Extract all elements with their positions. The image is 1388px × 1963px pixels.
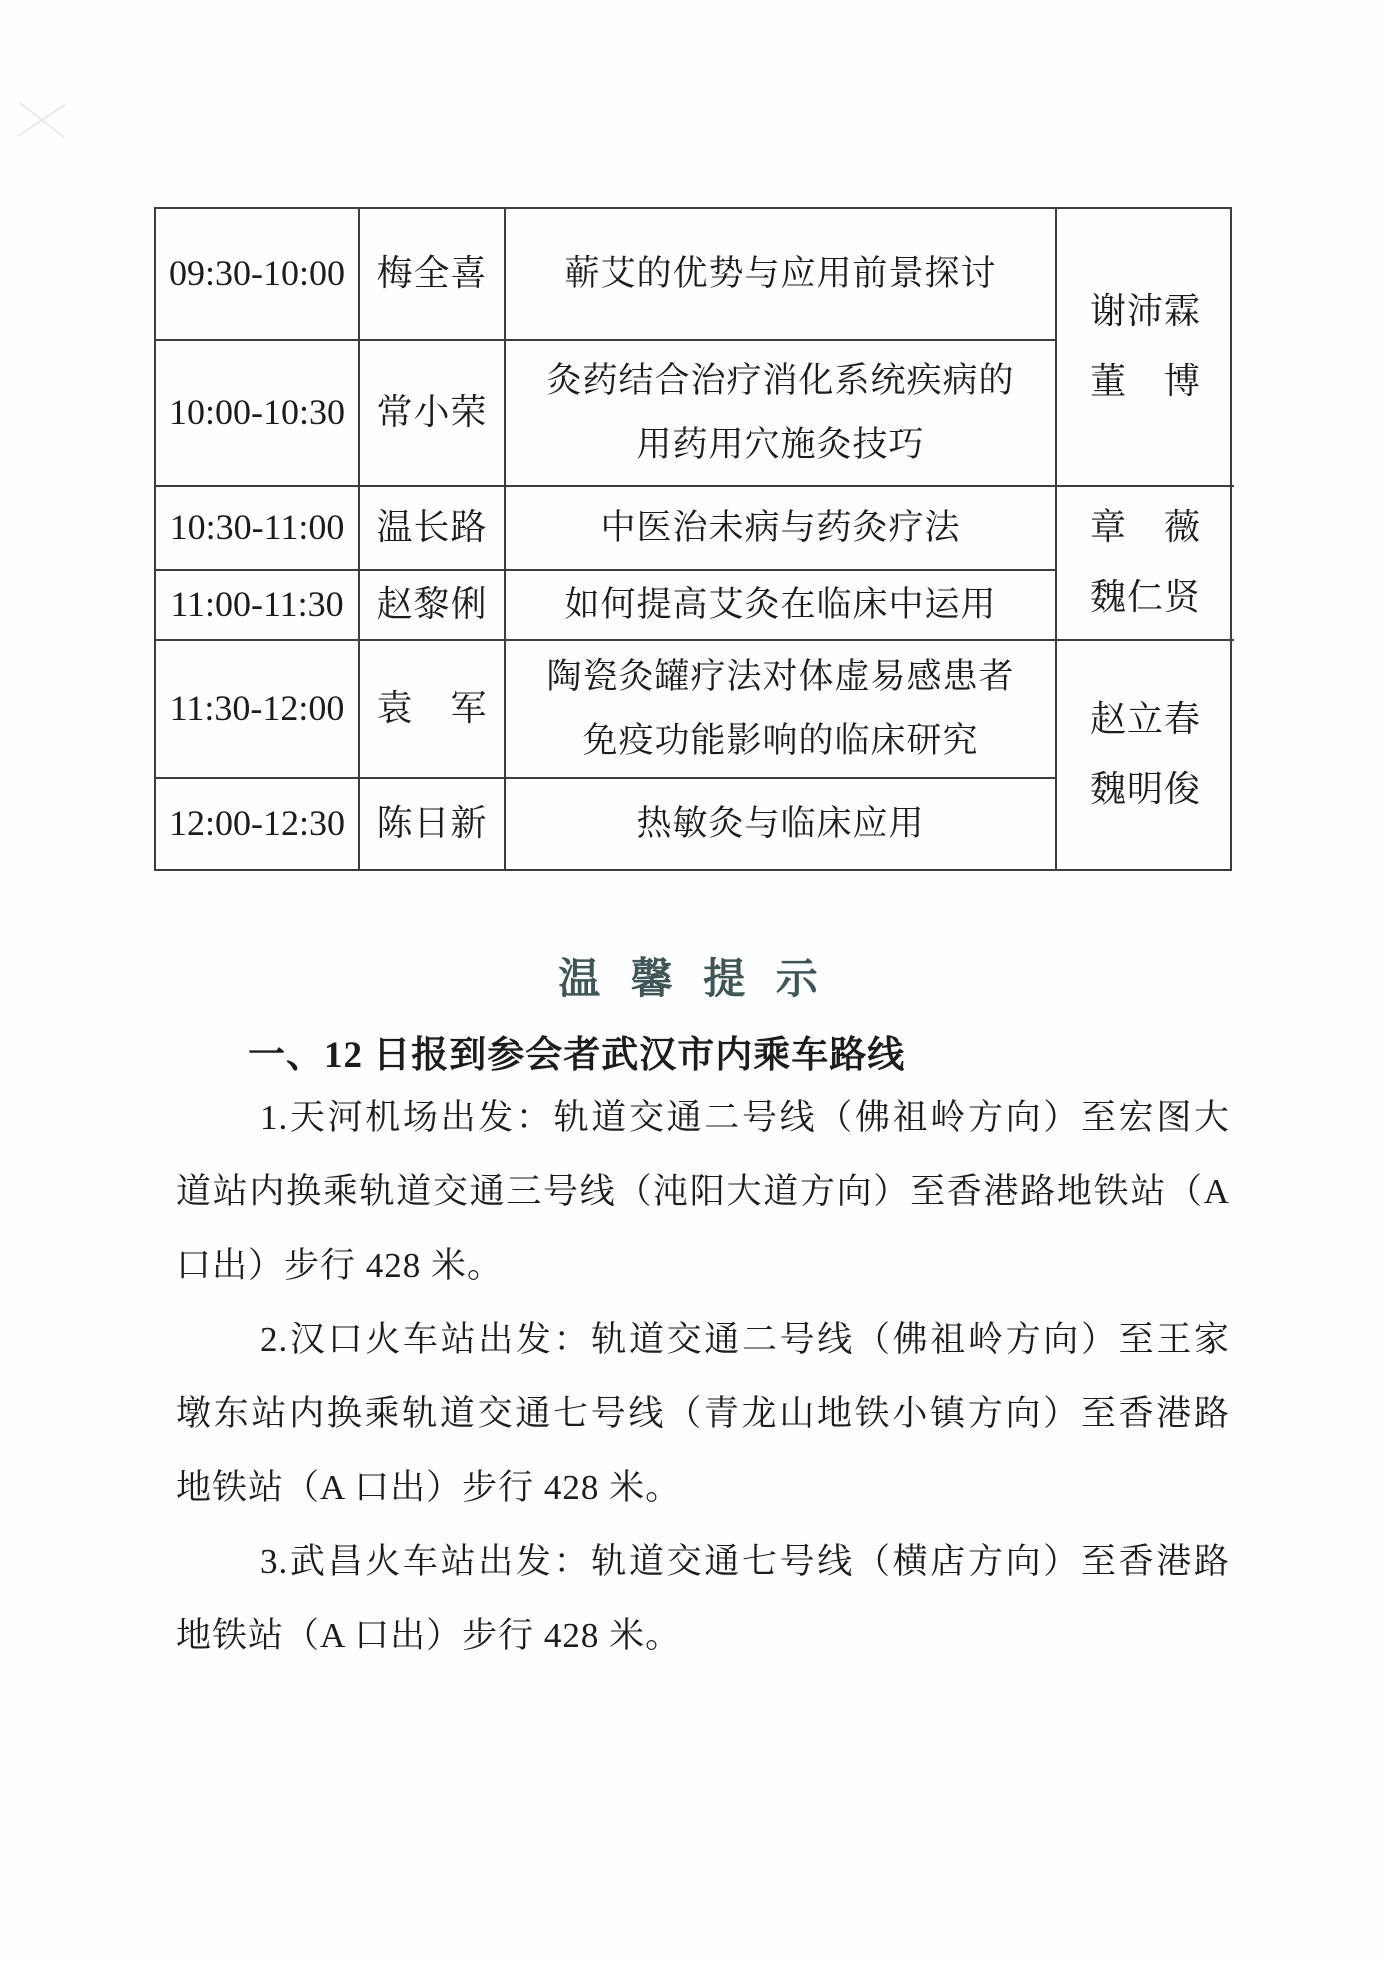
moderator-cell: 谢沛霖 董 博 (1057, 209, 1234, 487)
paragraph-line: 口出）步行 428 米。 (176, 1229, 1230, 1303)
topic-line: 免疫功能影响的临床研究 (582, 722, 978, 761)
topic-cell: 中医治未病与药灸疗法 (506, 487, 1057, 571)
notice-title: 温 馨 提 示 (154, 946, 1232, 1006)
paragraph-line: 地铁站（A 口出）步行 428 米。 (176, 1451, 1230, 1525)
topic-cell: 蕲艾的优势与应用前景探讨 (506, 209, 1057, 341)
paragraph-line: 2.汉口火车站出发：轨道交通二号线（佛祖岭方向）至王家 (176, 1303, 1230, 1377)
speaker-cell: 常小荣 (360, 341, 506, 487)
moderator-name: 魏仁贤 (1090, 578, 1201, 618)
paragraph: 1.天河机场出发：轨道交通二号线（佛祖岭方向）至宏图大 道站内换乘轨道交通三号线… (176, 1081, 1230, 1303)
topic-line: 用药用穴施灸技巧 (636, 426, 924, 465)
moderator-name: 董 博 (1090, 362, 1201, 402)
topic-line: 中医治未病与药灸疗法 (600, 509, 960, 548)
time-cell: 11:00-11:30 (156, 571, 360, 641)
time-cell: 09:30-10:00 (156, 209, 360, 341)
paragraph-line: 地铁站（A 口出）步行 428 米。 (176, 1599, 1230, 1673)
topic-line: 灸药结合治疗消化系统疾病的 (546, 362, 1014, 401)
paragraph-line: 墩东站内换乘轨道交通七号线（青龙山地铁小镇方向）至香港路 (176, 1377, 1230, 1451)
document-page: 09:30-10:00 梅全喜 蕲艾的优势与应用前景探讨 谢沛霖 董 博 10:… (0, 0, 1388, 1963)
paragraph-line: 道站内换乘轨道交通三号线（沌阳大道方向）至香港路地铁站（A (176, 1155, 1230, 1229)
moderator-name: 谢沛霖 (1090, 292, 1201, 332)
paragraph: 2.汉口火车站出发：轨道交通二号线（佛祖岭方向）至王家 墩东站内换乘轨道交通七号… (176, 1303, 1230, 1525)
time-cell: 10:00-10:30 (156, 341, 360, 487)
topic-line: 蕲艾的优势与应用前景探讨 (564, 255, 996, 294)
paragraph-line: 1.天河机场出发：轨道交通二号线（佛祖岭方向）至宏图大 (176, 1081, 1230, 1155)
speaker-cell: 赵黎俐 (360, 571, 506, 641)
topic-cell: 如何提高艾灸在临床中运用 (506, 571, 1057, 641)
moderator-cell: 赵立春 魏明俊 (1057, 641, 1234, 869)
scan-artifact (12, 96, 72, 144)
topic-cell: 灸药结合治疗消化系统疾病的 用药用穴施灸技巧 (506, 341, 1057, 487)
topic-line: 如何提高艾灸在临床中运用 (564, 586, 996, 625)
time-cell: 10:30-11:00 (156, 487, 360, 571)
speaker-cell: 陈日新 (360, 779, 506, 869)
moderator-name: 赵立春 (1090, 700, 1201, 740)
moderator-cell: 章 薇 魏仁贤 (1057, 487, 1234, 641)
topic-cell: 热敏灸与临床应用 (506, 779, 1057, 869)
moderator-name: 章 薇 (1090, 508, 1201, 548)
topic-line: 热敏灸与临床应用 (636, 805, 924, 844)
topic-line: 陶瓷灸罐疗法对体虚易感患者 (546, 658, 1014, 697)
time-cell: 12:00-12:30 (156, 779, 360, 869)
speaker-cell: 袁 军 (360, 641, 506, 779)
moderator-name: 魏明俊 (1090, 770, 1201, 810)
speaker-cell: 温长路 (360, 487, 506, 571)
section-heading: 一、12 日报到参会者武汉市内乘车路线 (176, 1024, 1230, 1078)
schedule-table: 09:30-10:00 梅全喜 蕲艾的优势与应用前景探讨 谢沛霖 董 博 10:… (154, 207, 1232, 871)
speaker-cell: 梅全喜 (360, 209, 506, 341)
notice-paragraphs: 1.天河机场出发：轨道交通二号线（佛祖岭方向）至宏图大 道站内换乘轨道交通三号线… (176, 1081, 1230, 1673)
topic-cell: 陶瓷灸罐疗法对体虚易感患者 免疫功能影响的临床研究 (506, 641, 1057, 779)
time-cell: 11:30-12:00 (156, 641, 360, 779)
paragraph: 3.武昌火车站出发：轨道交通七号线（横店方向）至香港路 地铁站（A 口出）步行 … (176, 1525, 1230, 1673)
paragraph-line: 3.武昌火车站出发：轨道交通七号线（横店方向）至香港路 (176, 1525, 1230, 1599)
